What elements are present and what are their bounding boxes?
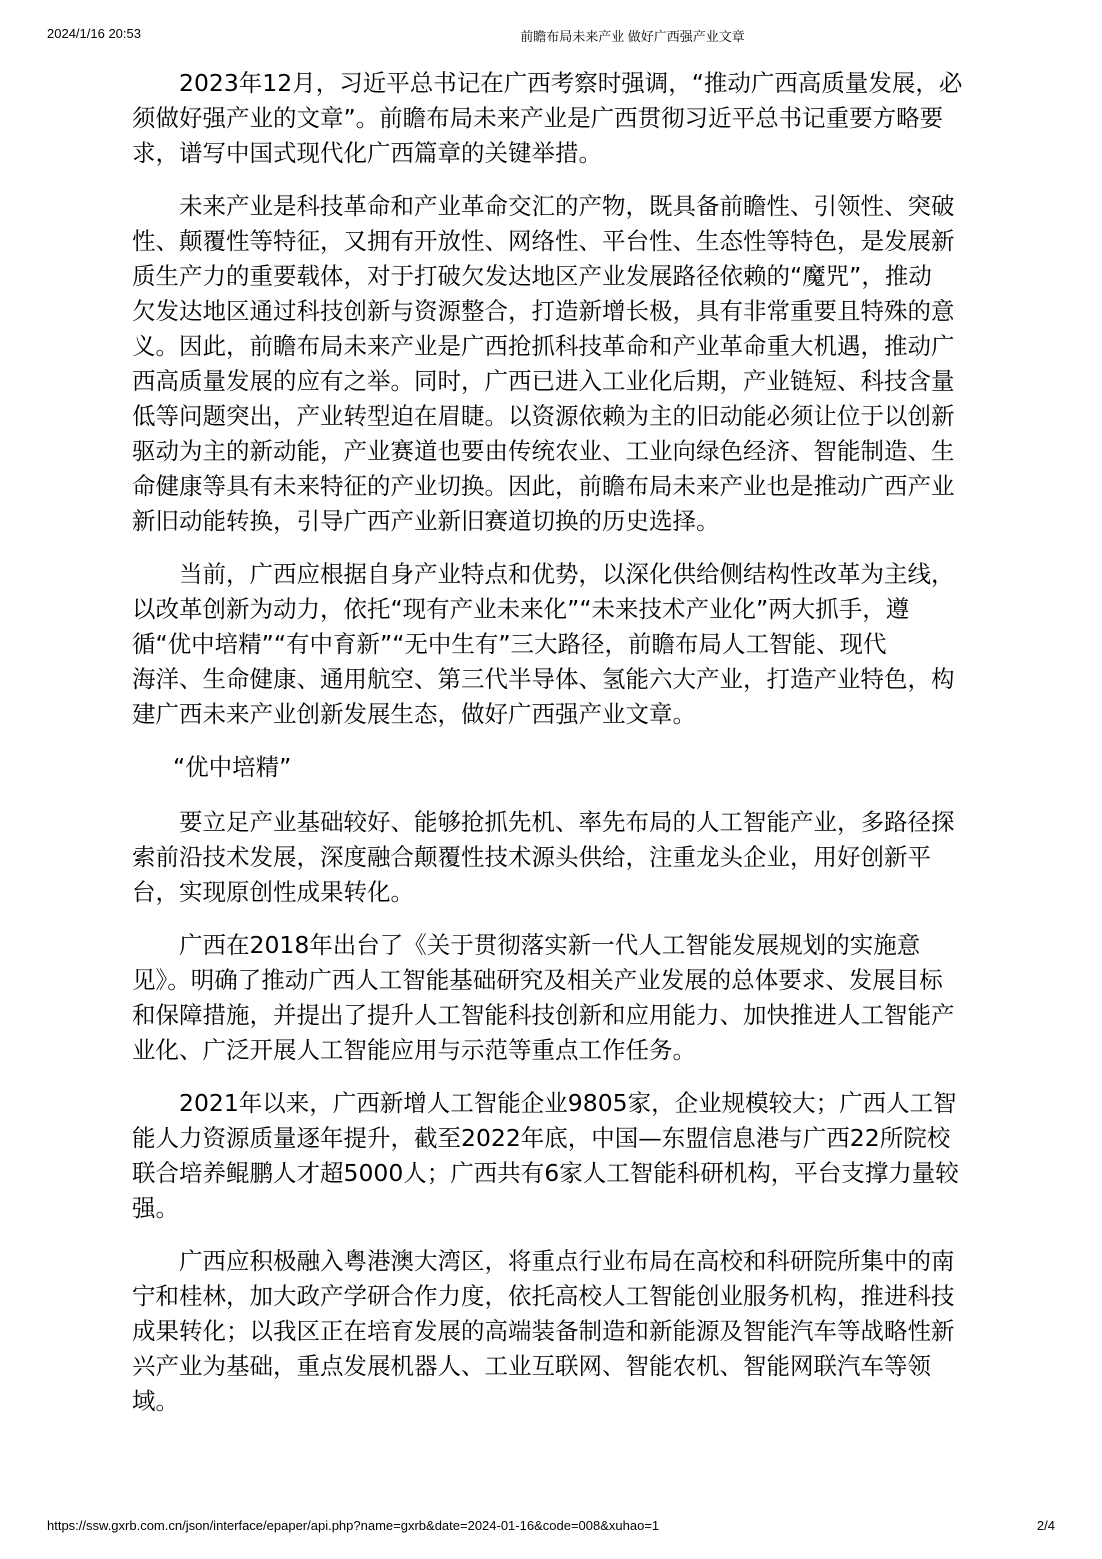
- text-line: 命健康等具有未来特征的产业切换。因此，前瞻布局未来产业也是推动广西产业: [132, 469, 972, 504]
- text-line: 新旧动能转换，引导广西产业新旧赛道切换的历史选择。: [132, 504, 972, 539]
- paragraph-intro: 2023年12月，习近平总书记在广西考察时强调，“推动广西高质量发展，必 须做好…: [132, 66, 972, 171]
- text-line: 强。: [132, 1191, 972, 1226]
- text-line: 义。因此，前瞻布局未来产业是广西抢抓科技革命和产业革命重大机遇，推动广: [132, 329, 972, 364]
- text-line: 以改革创新为动力，依托“现有产业未来化”“未来技术产业化”两大抓手，遵: [132, 592, 972, 627]
- text-line: 业化、广泛开展人工智能应用与示范等重点工作任务。: [132, 1033, 972, 1068]
- text-line: 能人力资源质量逐年提升，截至2022年底，中国—东盟信息港与广西22所院校: [132, 1121, 972, 1156]
- paragraph-ai-policy-2018: 广西在2018年出台了《关于贯彻落实新一代人工智能发展规划的实施意 见》。明确了…: [132, 928, 972, 1068]
- text-line: 2021年以来，广西新增人工智能企业9805家，企业规模较大；广西人工智: [132, 1086, 972, 1121]
- text-line: 驱动为主的新动能，产业赛道也要由传统农业、工业向绿色经济、智能制造、生: [132, 434, 972, 469]
- text-line: 循“优中培精”“有中育新”“无中生有”三大路径，前瞻布局人工智能、现代: [132, 627, 972, 662]
- paragraph-greater-bay-area: 广西应积极融入粤港澳大湾区，将重点行业布局在高校和科研院所集中的南 宁和桂林，加…: [132, 1244, 972, 1419]
- paragraph-future-industry: 未来产业是科技革命和产业革命交汇的产物，既具备前瞻性、引领性、突破 性、颠覆性等…: [132, 189, 972, 539]
- text-line: 海洋、生命健康、通用航空、第三代半导体、氢能六大产业，打造产业特色，构: [132, 662, 972, 697]
- text-line: 域。: [132, 1384, 972, 1419]
- paragraph-ai-foundation: 要立足产业基础较好、能够抢抓先机、率先布局的人工智能产业，多路径探 索前沿技术发…: [132, 805, 972, 910]
- print-page-title: 前瞻布局未来产业 做好广西强产业文章: [0, 26, 1102, 45]
- print-header: 2024/1/16 20:53 前瞻布局未来产业 做好广西强产业文章: [0, 26, 1102, 46]
- page-number: 2/4: [1037, 1518, 1055, 1533]
- text-line: 建广西未来产业创新发展生态，做好广西强产业文章。: [132, 697, 972, 732]
- text-line: 索前沿技术发展，深度融合颠覆性技术源头供给，注重龙头企业，用好创新平: [132, 840, 972, 875]
- text-line: 性、颠覆性等特征，又拥有开放性、网络性、平台性、生态性等特色，是发展新: [132, 224, 972, 259]
- text-line: 广西在2018年出台了《关于贯彻落实新一代人工智能发展规划的实施意: [132, 928, 972, 963]
- text-line: 台，实现原创性成果转化。: [132, 875, 972, 910]
- paragraph-ai-stats-2021: 2021年以来，广西新增人工智能企业9805家，企业规模较大；广西人工智 能人力…: [132, 1086, 972, 1226]
- text-line: 见》。明确了推动广西人工智能基础研究及相关产业发展的总体要求、发展目标: [132, 963, 972, 998]
- paragraph-current-strategy: 当前，广西应根据自身产业特点和优势，以深化供给侧结构性改革为主线， 以改革创新为…: [132, 557, 972, 732]
- text-line: 质生产力的重要载体，对于打破欠发达地区产业发展路径依赖的“魔咒”，推动: [132, 259, 972, 294]
- text-line: 兴产业为基础，重点发展机器人、工业互联网、智能农机、智能网联汽车等领: [132, 1349, 972, 1384]
- print-footer: https://ssw.gxrb.com.cn/json/interface/e…: [0, 1518, 1102, 1538]
- article-body: 2023年12月，习近平总书记在广西考察时强调，“推动广西高质量发展，必 须做好…: [132, 66, 972, 1437]
- text-line: 要立足产业基础较好、能够抢抓先机、率先布局的人工智能产业，多路径探: [132, 805, 972, 840]
- text-line: 宁和桂林，加大政产学研合作力度，依托高校人工智能创业服务机构，推进科技: [132, 1279, 972, 1314]
- text-line: 未来产业是科技革命和产业革命交汇的产物，既具备前瞻性、引领性、突破: [132, 189, 972, 224]
- text-line: 广西应积极融入粤港澳大湾区，将重点行业布局在高校和科研院所集中的南: [132, 1244, 972, 1279]
- section-subheading: “优中培精”: [132, 750, 972, 785]
- text-line: 须做好强产业的文章”。前瞻布局未来产业是广西贯彻习近平总书记重要方略要: [132, 101, 972, 136]
- text-line: 欠发达地区通过科技创新与资源整合，打造新增长极，具有非常重要且特殊的意: [132, 294, 972, 329]
- source-url: https://ssw.gxrb.com.cn/json/interface/e…: [47, 1518, 659, 1533]
- text-line: 求，谱写中国式现代化广西篇章的关键举措。: [132, 136, 972, 171]
- text-line: 2023年12月，习近平总书记在广西考察时强调，“推动广西高质量发展，必: [132, 66, 972, 101]
- text-line: 和保障措施，并提出了提升人工智能科技创新和应用能力、加快推进人工智能产: [132, 998, 972, 1033]
- text-line: 成果转化；以我区正在培育发展的高端装备制造和新能源及智能汽车等战略性新: [132, 1314, 972, 1349]
- text-line: 西高质量发展的应有之举。同时，广西已进入工业化后期，产业链短、科技含量: [132, 364, 972, 399]
- text-line: 联合培养鲲鹏人才超5000人；广西共有6家人工智能科研机构，平台支撑力量较: [132, 1156, 972, 1191]
- text-line: 低等问题突出，产业转型迫在眉睫。以资源依赖为主的旧动能必须让位于以创新: [132, 399, 972, 434]
- text-line: 当前，广西应根据自身产业特点和优势，以深化供给侧结构性改革为主线，: [132, 557, 972, 592]
